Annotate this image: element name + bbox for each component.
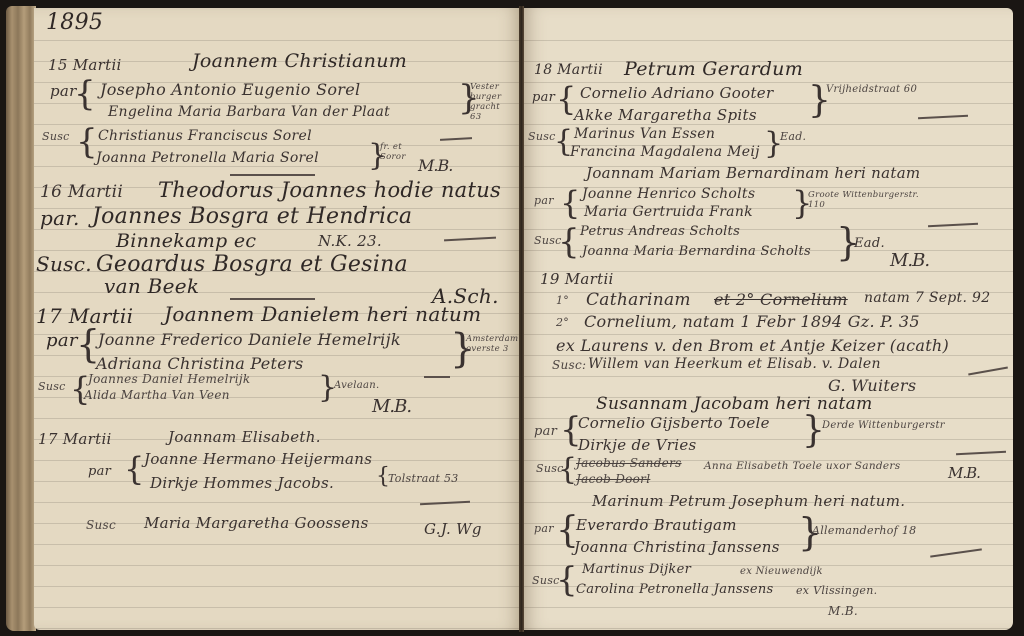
address-note: N.K. 23.: [318, 232, 382, 250]
mother-name: Dirkje Hommes Jacobs.: [150, 474, 334, 492]
separator-dash: [424, 376, 450, 378]
sponsors-label: Susc: [38, 380, 66, 393]
struck-text: et 2° Cornelium: [714, 290, 848, 309]
sponsor-name: Joanna Petronella Maria Sorel: [96, 150, 319, 166]
parents-label: par: [534, 424, 557, 439]
address-note: Vrijheidstraat 60: [826, 84, 917, 95]
sponsor-note: Avelaan.: [334, 380, 380, 391]
child-name: Theodorus Joannes hodie natus: [158, 178, 501, 202]
entry-date: 16 Martii: [40, 182, 123, 202]
sponsor-name: Alida Martha Van Veen: [84, 388, 230, 402]
parents-label: par: [534, 522, 554, 535]
sponsor-name: Joanna Maria Bernardina Scholts: [582, 244, 811, 259]
parents-label: par: [532, 90, 555, 105]
child-name: Joannam Elisabeth.: [168, 428, 321, 446]
separator-line: [230, 174, 315, 176]
parents-line: Joannes Bosgra et Hendrica: [92, 204, 412, 229]
sponsors-label: Susc.: [36, 252, 92, 276]
entry-date: 19 Martii: [540, 270, 614, 288]
signature: G. Wuiters: [828, 376, 916, 395]
parents-line: Binnekamp ec: [116, 230, 256, 252]
sponsors-label: Susc: [86, 518, 116, 532]
father-name: Cornelio Gijsberto Toele: [578, 414, 770, 432]
brace: {: [560, 184, 580, 222]
brace: {: [556, 560, 578, 600]
entry-date: 17 Martii: [38, 430, 112, 448]
address-note: Allemanderhof 18: [812, 524, 916, 537]
father-name: Cornelio Adriano Gooter: [580, 84, 773, 102]
open-register-book: 1895 15 Martii Joannem Christianum par {…: [0, 0, 1024, 636]
sponsor-note: fr. et Soror: [380, 142, 420, 162]
brace: {: [558, 222, 580, 262]
year-header: 1895: [46, 10, 103, 35]
child-name: Marinum Petrum Josephum heri natum.: [592, 492, 905, 510]
father-name: Everardo Brautigam: [576, 516, 737, 534]
child-name: Petrum Gerardum: [624, 58, 803, 80]
mother-name: Dirkje de Vries: [578, 436, 697, 454]
father-name: Joanne Henrico Scholts: [582, 186, 755, 202]
brace: {: [124, 450, 144, 488]
signature: M.B.: [372, 396, 411, 417]
sponsors-label: Susc:: [552, 358, 586, 372]
signature: G.J. Wg: [424, 520, 482, 538]
address-note: Tolstraat 53: [388, 472, 459, 485]
signature: M.B.: [890, 250, 929, 271]
parents-label: par: [50, 82, 77, 100]
parents-label: par.: [40, 206, 80, 230]
signature: M.B.: [948, 464, 980, 482]
signature: M.B.: [418, 156, 452, 175]
address-note: Vester burger gracht 63: [470, 82, 510, 122]
entry-date: 15 Martii: [48, 56, 122, 74]
sponsor-note: Ead.: [780, 130, 806, 143]
brace: {: [76, 122, 98, 162]
mother-name: Engelina Maria Barbara Van der Plaat: [108, 104, 390, 120]
line-prefix: 2°: [556, 316, 569, 329]
separator-line: [230, 298, 315, 300]
sponsor-name: Martinus Dijker: [582, 562, 691, 577]
parents-label: par: [46, 330, 78, 351]
entry-date: 18 Martii: [534, 62, 603, 78]
child-name: Joannem Christianum: [192, 50, 407, 72]
book-gutter: [519, 6, 524, 632]
line-prefix: 1°: [556, 294, 569, 307]
signature: M.B.: [828, 604, 858, 618]
father-name: Josepho Antonio Eugenio Sorel: [100, 80, 360, 99]
child-name: Susannam Jacobam heri natam: [596, 394, 873, 414]
parents-label: par: [88, 464, 111, 479]
child-name: Catharinam: [586, 290, 691, 310]
sponsors-line: van Beek: [104, 274, 199, 298]
child-name: Cornelium, natam 1 Febr 1894 Gz. P. 35: [584, 312, 920, 331]
mother-name: Maria Gertruida Frank: [584, 204, 753, 220]
sponsor-name: Francina Magdalena Meij: [570, 144, 760, 160]
sponsor-name: Carolina Petronella Janssens: [576, 582, 774, 597]
struck-text: Jacob Doorl: [576, 472, 650, 486]
child-name: Joannam Mariam Bernardinam heri natam: [586, 164, 920, 182]
address-note: Derde Wittenburgerstr: [822, 420, 945, 431]
mother-name: Joanna Christina Janssens: [574, 538, 780, 556]
mother-name: Akke Margaretha Spits: [574, 106, 757, 124]
sponsors-label: Susc: [528, 130, 556, 143]
father-name: Joanne Frederico Daniele Hemelrijk: [98, 330, 401, 349]
child-name: Joannem Danielem heri natum: [164, 302, 481, 326]
parents-line: ex Laurens v. den Brom et Antje Keizer (…: [556, 336, 949, 355]
brace: {: [558, 452, 577, 487]
sponsor-name: Maria Margaretha Goossens: [144, 514, 369, 532]
page-edge-stack: [6, 6, 36, 631]
father-name: Joanne Hermano Heijermans: [144, 450, 372, 468]
address-note: Amsterdam overste 3: [466, 334, 512, 354]
sponsor-name: Anna Elisabeth Toele uxor Sanders: [704, 460, 900, 472]
struck-text: Jacobus Sanders: [576, 456, 682, 470]
birth-note: natam 7 Sept. 92: [864, 290, 990, 306]
parents-label: par: [534, 194, 554, 207]
sponsor-name: Joannes Daniel Hemelrijk: [88, 372, 250, 386]
sponsors-line: Willem van Heerkum et Elisab. v. Dalen: [588, 356, 881, 372]
sponsor-name: Marinus Van Essen: [574, 126, 715, 142]
sponsor-name: Petrus Andreas Scholts: [580, 224, 740, 239]
sponsor-note: ex Vlissingen.: [796, 584, 877, 597]
sponsor-name: Christianus Franciscus Sorel: [98, 128, 312, 144]
brace: {: [74, 74, 96, 114]
address-note: Groote Wittenburgerstr. 110: [808, 190, 928, 210]
sponsor-note: Ead.: [854, 236, 885, 251]
sponsor-note: ex Nieuwendijk: [740, 566, 823, 577]
sponsors-label: Susc: [42, 130, 70, 143]
mother-name: Adriana Christina Peters: [96, 354, 304, 373]
